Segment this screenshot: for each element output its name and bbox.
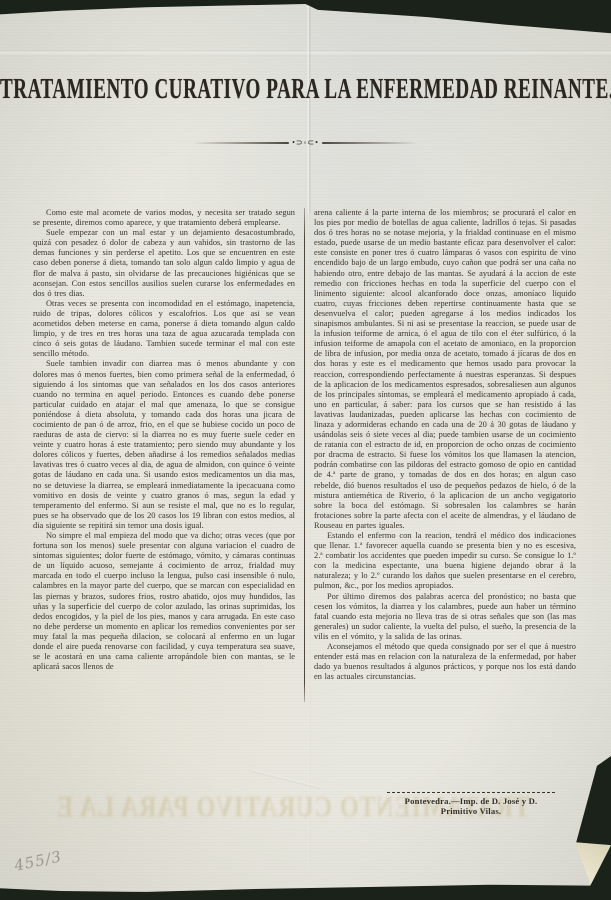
paragraph: Como este mal acomete de varios modos, y… [33,208,295,228]
archival-pencil-mark: 455/3 [13,847,64,875]
page-title: TRATAMIENTO CURATIVO PARA LA ENFERMEDAD … [0,74,611,107]
paragraph: Estando el enfermo con la reacion, tendr… [314,531,576,592]
photo-background: TRATAMIENTO CURATIVO PARA LA ENFERMEDAD … [0,0,611,900]
paragraph: Aconsejamos el método que queda consigna… [314,642,576,682]
horizontal-fold-crease [0,50,611,56]
text-column-right: arena caliente á la parte interna de los… [314,208,576,702]
document-sheet: TRATAMIENTO CURATIVO PARA LA ENFERMEDAD … [0,0,611,900]
paragraph: Otras veces se presenta con incomodidad … [33,299,295,360]
ornament-rule-right [322,142,418,144]
small-crease-mark [253,770,322,790]
column-divider-rule [304,208,305,702]
text-columns: Como este mal acomete de varios modos, y… [33,208,578,702]
folded-corner [570,838,611,888]
paragraph: Suele tambien invadir con diarrea mas ó … [33,359,295,531]
ornament-center-glyph: •⊃◦⊂• [292,139,319,147]
ornament-rule-left [193,142,289,144]
paragraph: Por último diremos dos palabras acerca d… [314,592,576,642]
ornament-divider: •⊃◦⊂• [0,139,611,147]
paragraph: arena caliente á la parte interna de los… [314,208,576,531]
paragraph: Suele empezar con un mal estar y un deja… [33,228,295,299]
vertical-fold-crease [307,4,311,214]
printer-imprint: Pontevedra.—Imp. de D. José y D. Primiti… [387,792,555,816]
paragraph: No simpre el mal empieza del modo que va… [33,531,295,672]
text-column-left: Como este mal acomete de varios modos, y… [33,208,295,702]
